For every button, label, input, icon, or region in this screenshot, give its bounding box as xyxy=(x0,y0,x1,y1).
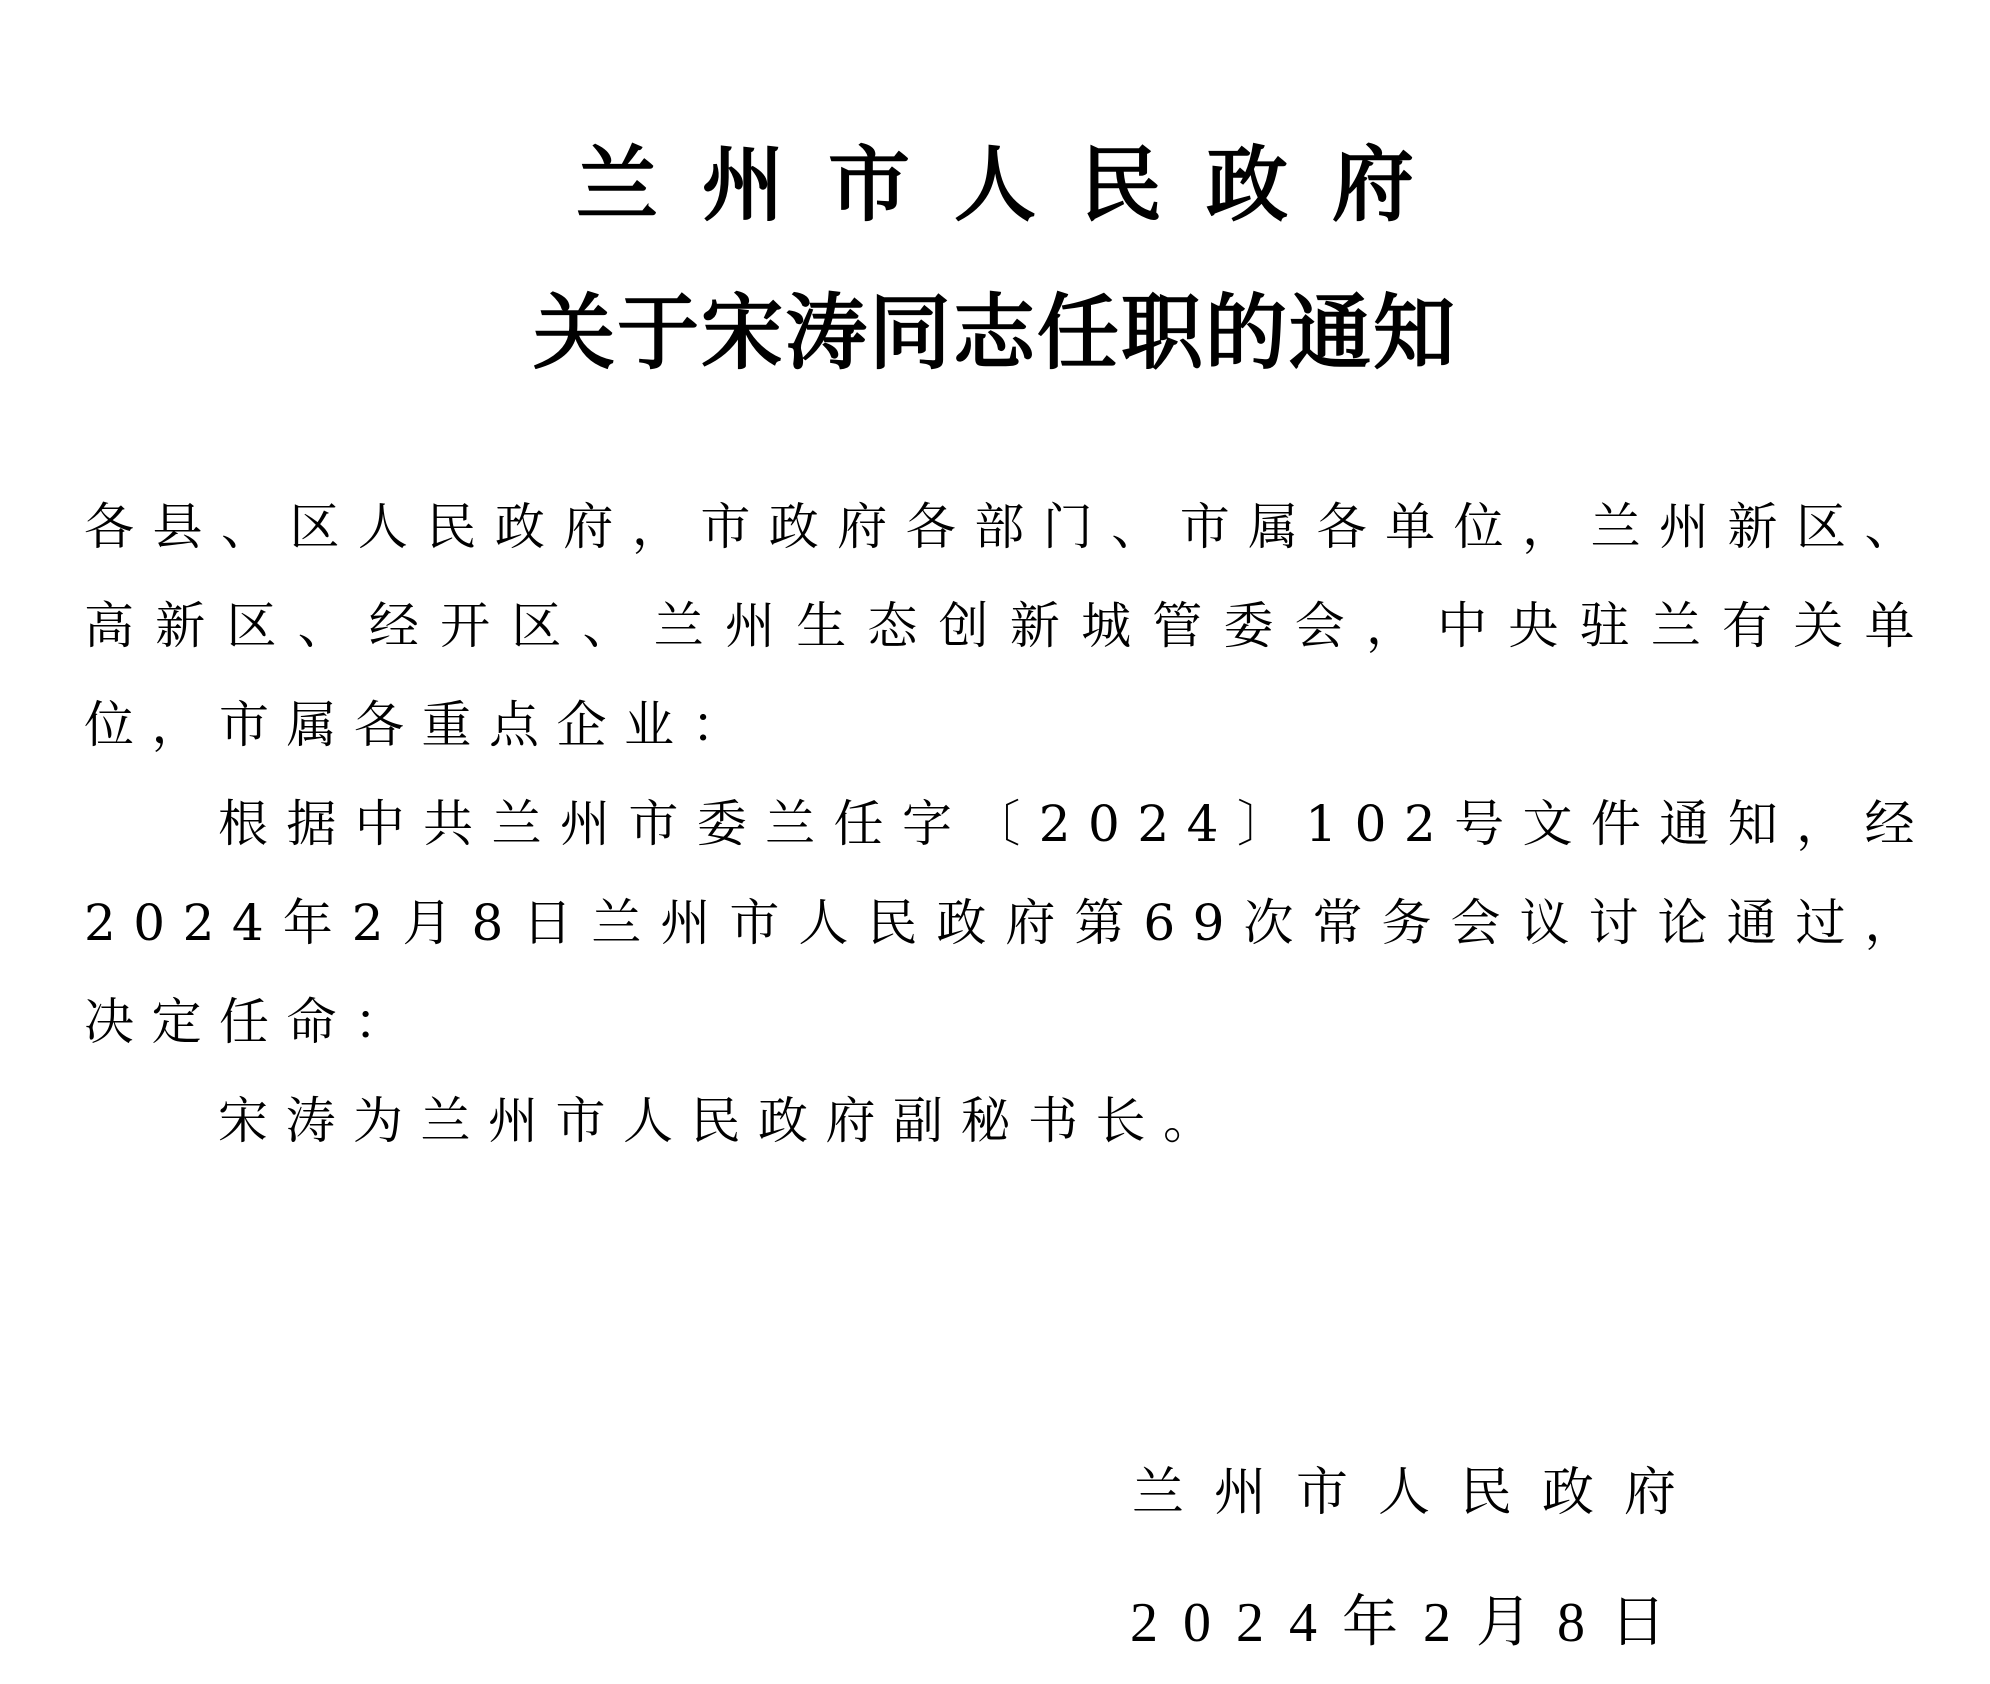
document-title-issuer: 兰州市人民政府 xyxy=(0,120,1990,237)
salutation: 各县、区人民政府，市政府各部门、市属各单位，兰州新区、高新区、经开区、兰州生态创… xyxy=(84,478,1932,775)
paragraph-appointment: 宋涛为兰州市人民政府副秘书长。 xyxy=(84,1072,1932,1171)
document-body: 各县、区人民政府，市政府各部门、市属各单位，兰州新区、高新区、经开区、兰州生态创… xyxy=(84,478,1932,1171)
document-title-subject: 关于宋涛同志任职的通知 xyxy=(0,268,1990,385)
signature-issuer: 兰州市人民政府 xyxy=(1132,1450,1706,1525)
paragraph-basis: 根据中共兰州市委兰任字〔2024〕102号文件通知，经2024年2月8日兰州市人… xyxy=(84,775,1932,1072)
signature-date: 2024年2月8日 xyxy=(1130,1578,1691,1658)
